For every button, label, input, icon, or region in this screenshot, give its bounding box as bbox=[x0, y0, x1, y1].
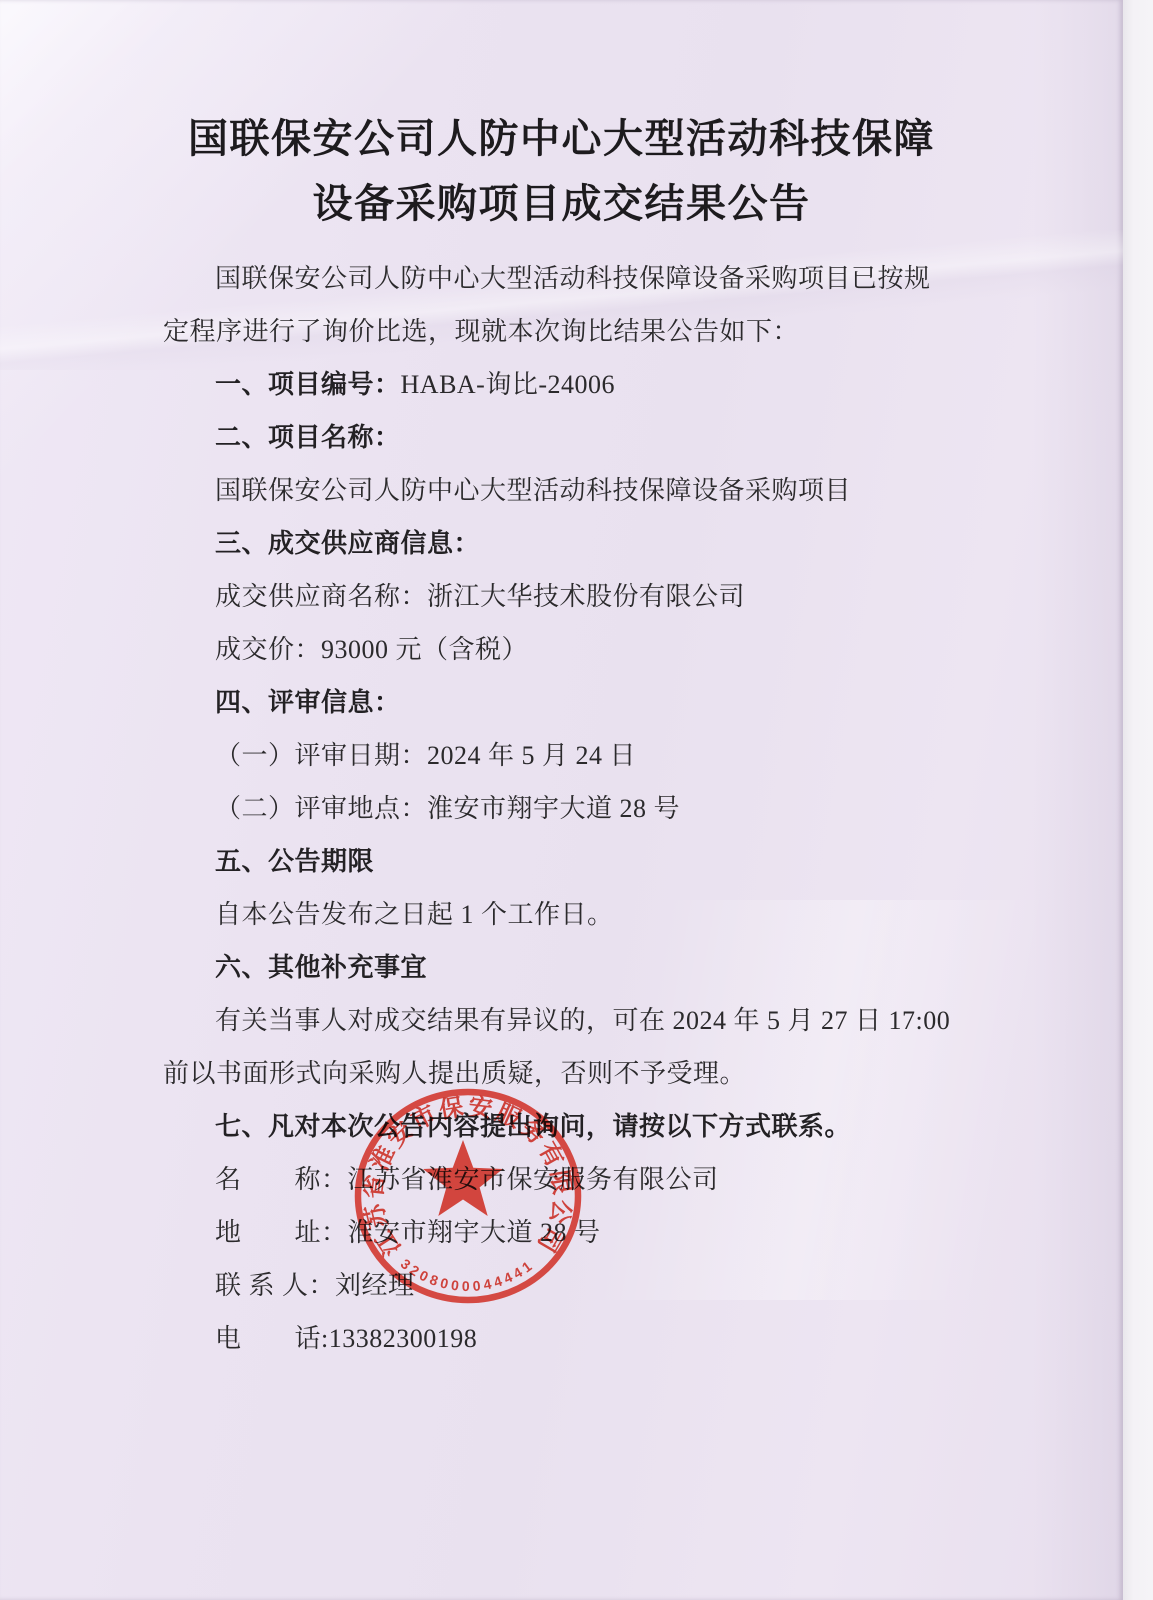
body-line-text: 国联保安公司人防中心大型活动科技保障设备采购项目 bbox=[215, 476, 851, 505]
body-line-9: 四、评审信息： bbox=[0, 676, 1123, 729]
document-title: 国联保安公司人防中心大型活动科技保障 设备采购项目成交结果公告 bbox=[0, 106, 1123, 236]
seal-star bbox=[423, 1140, 503, 1216]
body-line-10: （一）评审日期：2024 年 5 月 24 日 bbox=[0, 729, 1123, 782]
body-line-bold-text: 一、项目编号： bbox=[215, 370, 401, 399]
body-line-4: 二、项目名称： bbox=[0, 411, 1123, 464]
body-line-21: 电 话:13382300198 bbox=[0, 1312, 1123, 1365]
body-line-13: 自本公告发布之日起 1 个工作日。 bbox=[0, 888, 1123, 941]
body-line-bold-text: 六、其他补充事宜 bbox=[215, 953, 427, 982]
body-line-bold-text: 四、评审信息： bbox=[215, 688, 401, 717]
body-line-12: 五、公告期限 bbox=[0, 835, 1123, 888]
body-line-11: （二）评审地点：淮安市翔宇大道 28 号 bbox=[0, 782, 1123, 835]
body-line-1: 国联保安公司人防中心大型活动科技保障设备采购项目已按规 bbox=[0, 252, 1123, 305]
body-line-text: 国联保安公司人防中心大型活动科技保障设备采购项目已按规 bbox=[215, 264, 931, 293]
body-line-text: 成交价：93000 元（含税） bbox=[215, 635, 528, 664]
body-line-8: 成交价：93000 元（含税） bbox=[0, 623, 1123, 676]
scanner-background bbox=[1123, 0, 1153, 1600]
body-line-bold-text: 五、公告期限 bbox=[215, 847, 374, 876]
body-line-14: 六、其他补充事宜 bbox=[0, 941, 1123, 994]
body-line-text: 成交供应商名称：浙江大华技术股份有限公司 bbox=[215, 582, 745, 611]
body-line-2: 定程序进行了询价比选，现就本次询比结果公告如下： bbox=[0, 305, 1123, 358]
document-page: 国联保安公司人防中心大型活动科技保障 设备采购项目成交结果公告 国联保安公司人防… bbox=[0, 0, 1123, 1600]
official-seal: 江苏省淮安市保安服务有限公司 3208000044441 bbox=[352, 1083, 584, 1308]
scanned-document: 国联保安公司人防中心大型活动科技保障 设备采购项目成交结果公告 国联保安公司人防… bbox=[0, 0, 1153, 1600]
body-line-text: 自本公告发布之日起 1 个工作日。 bbox=[215, 900, 614, 929]
body-line-text: 有关当事人对成交结果有异议的，可在 2024 年 5 月 27 日 17:00 bbox=[215, 1006, 950, 1035]
body-line-text: （一）评审日期：2024 年 5 月 24 日 bbox=[215, 741, 636, 770]
body-line-text: 定程序进行了询价比选，现就本次询比结果公告如下： bbox=[163, 317, 799, 346]
body-line-3: 一、项目编号：HABA-询比-24006 bbox=[0, 358, 1123, 411]
body-line-15: 有关当事人对成交结果有异议的，可在 2024 年 5 月 27 日 17:00 bbox=[0, 994, 1123, 1047]
title-line-1: 国联保安公司人防中心大型活动科技保障 bbox=[0, 106, 1123, 171]
body-line-bold-text: 三、成交供应商信息： bbox=[215, 529, 480, 558]
title-line-2: 设备采购项目成交结果公告 bbox=[0, 171, 1123, 236]
body-line-text: 电 话:13382300198 bbox=[215, 1324, 477, 1353]
body-line-text: HABA-询比-24006 bbox=[401, 370, 616, 399]
body-line-6: 三、成交供应商信息： bbox=[0, 517, 1123, 570]
body-line-text: （二）评审地点：淮安市翔宇大道 28 号 bbox=[215, 794, 680, 823]
body-line-bold-text: 二、项目名称： bbox=[215, 423, 401, 452]
body-line-7: 成交供应商名称：浙江大华技术股份有限公司 bbox=[0, 570, 1123, 623]
body-line-5: 国联保安公司人防中心大型活动科技保障设备采购项目 bbox=[0, 464, 1123, 517]
